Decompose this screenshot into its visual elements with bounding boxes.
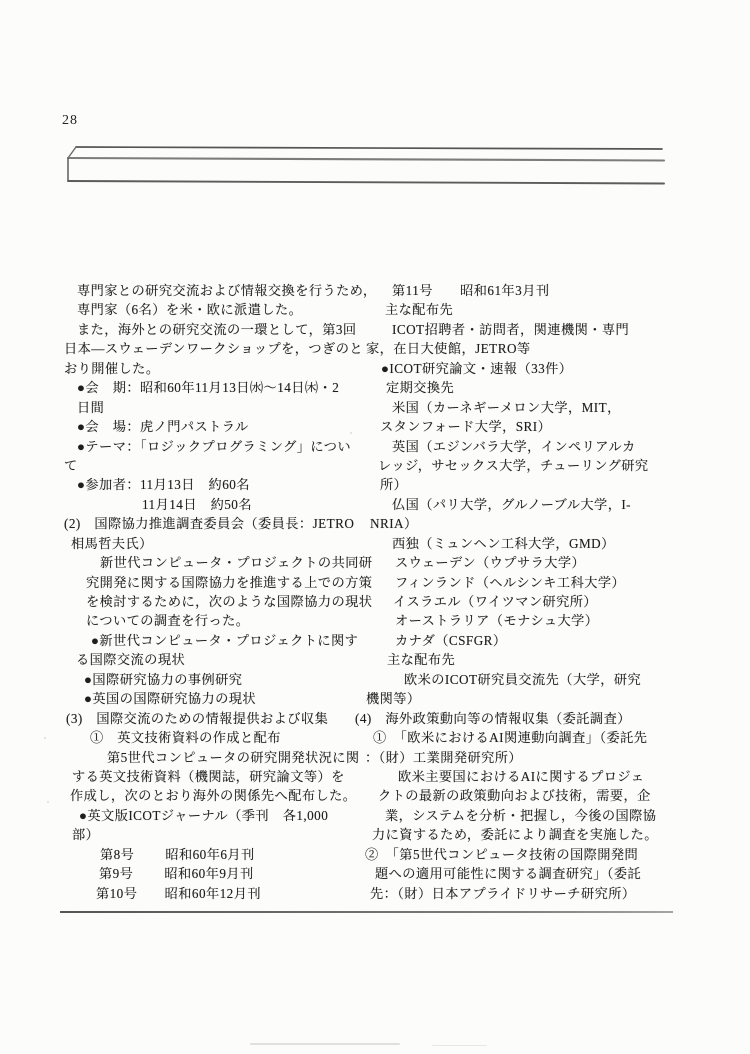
left-text-column: 専門家との研究交流および情報交換を行うため，専門家（6名）を米・欧に派遣した。ま… — [64, 281, 376, 903]
text-line: 定期交換先 — [355, 378, 700, 397]
text-line: 第8号 昭和60年6月刊 — [64, 845, 376, 864]
text-line: クトの最新の政策動向および技術，需要，企 — [355, 786, 700, 805]
text-line: ① 「欧米におけるAI関連動向調査」（委託先 — [355, 728, 700, 747]
text-line: 作成し，次のとおり海外の関係先へ配布した。 — [64, 786, 376, 805]
right-text-column: 第11号 昭和61年3月刊主な配布先ICOT招聘者・訪問者，関連機関・専門家，在… — [355, 281, 700, 903]
text-line: て — [64, 456, 376, 475]
text-line: (4) 海外政策動向等の情報収集（委託調査） — [355, 709, 700, 728]
text-line: ① 英文技術資料の作成と配布 — [64, 728, 376, 747]
text-line: 第9号 昭和60年9月刊 — [64, 864, 376, 883]
text-line: 西独（ミュンヘン工科大学，GMD） — [355, 534, 700, 553]
text-line: 専門家（6名）を米・欧に派遣した。 — [64, 300, 376, 319]
scan-noise — [47, 801, 49, 803]
scan-noise — [350, 432, 352, 434]
text-line: 究開発に関する国際協力を推進する上での方策 — [64, 573, 376, 592]
3d-bar-rule-graphic — [56, 140, 681, 192]
text-line: 米国（カーネギーメロン大学，MIT， — [355, 398, 700, 417]
text-line: 先：（財）日本アプライドリサーチ研究所） — [355, 884, 700, 903]
text-line: ●参加者：11月13日 約60名 — [64, 475, 376, 494]
text-line: ICOT招聘者・訪問者，関連機関・専門 — [355, 320, 700, 339]
text-line: を検討するために，次のような国際協力の現状 — [64, 592, 376, 611]
text-line: 相馬哲夫氏） — [64, 534, 376, 553]
text-line: 第11号 昭和61年3月刊 — [355, 281, 700, 300]
text-line: ② 「第5世代コンピュータ技術の国際開発問 — [355, 845, 700, 864]
text-line: 新世代コンピュータ・プロジェクトの共同研 — [64, 553, 376, 572]
text-line: る国際交流の現状 — [64, 650, 376, 669]
scan-noise — [250, 1043, 400, 1045]
text-line: おり開催した。 — [64, 359, 376, 378]
text-line: ●テーマ：「ロジックプログラミング」につい — [64, 437, 376, 456]
scanned-document-page: 28 専門家との研究交流および情報交換を行うため，専門家（6名）を米・欧に派遣し… — [0, 0, 750, 1054]
text-line: NRIA） — [355, 514, 700, 533]
page-number: 28 — [62, 113, 78, 129]
text-line: 仏国（パリ大学，グルノーブル大学，I- — [355, 495, 700, 514]
text-line: スウェーデン（ウプサラ大学） — [355, 553, 700, 572]
text-line: 第5世代コンピュータの研究開発状況に関 — [64, 748, 376, 767]
text-line: する英文技術資料（機関誌，研究論文等）を — [64, 767, 376, 786]
text-line: 英国（エジンバラ大学，インペリアルカ — [355, 437, 700, 456]
text-line: また，海外との研究交流の一環として，第3回 — [64, 320, 376, 339]
scan-noise — [44, 737, 46, 739]
text-line: 部） — [64, 825, 376, 844]
text-line: 題への適用可能性に関する調査研究」（委託 — [355, 864, 700, 883]
text-line: 11月14日 約50名 — [64, 495, 376, 514]
text-line: 欧米主要国におけるAIに関するプロジェ — [355, 767, 700, 786]
text-line: 主な配布先 — [355, 300, 700, 319]
text-line: ●ICOT研究論文・速報（33件） — [355, 359, 700, 378]
text-line: 家，在日大使館，JETRO等 — [355, 339, 700, 358]
text-line: 業，システムを分析・把握し，今後の国際協 — [355, 806, 700, 825]
text-line: 欧米のICOT研究員交流先（大学，研究 — [355, 670, 700, 689]
text-line: カナダ（CSFGR） — [355, 631, 700, 650]
text-line: ●新世代コンピュータ・プロジェクトに関す — [64, 631, 376, 650]
text-line: 所） — [355, 475, 700, 494]
footer-rule — [60, 911, 673, 913]
text-line: ●会 期：昭和60年11月13日㈬〜14日㈭・2 — [64, 378, 376, 397]
text-line: レッジ，サセックス大学，チューリング研究 — [355, 456, 700, 475]
text-line: 専門家との研究交流および情報交換を行うため， — [64, 281, 376, 300]
text-line: ●国際研究協力の事例研究 — [64, 670, 376, 689]
text-line: ●会 場：虎ノ門パストラル — [64, 417, 376, 436]
text-line: 力に資するため，委託により調査を実施した。 — [355, 825, 700, 844]
text-line: オーストラリア（モナシュ大学） — [355, 611, 700, 630]
text-line: 機関等） — [355, 689, 700, 708]
scan-noise — [432, 1045, 487, 1046]
text-line: 主な配布先 — [355, 650, 700, 669]
text-line: フィンランド（ヘルシンキ工科大学） — [355, 573, 700, 592]
text-line: ●英文版ICOTジャーナル（季刊 各1,000 — [64, 806, 376, 825]
text-line: 日間 — [64, 398, 376, 417]
text-line: 日本—スウェーデンワークショップを，つぎのと — [64, 339, 376, 358]
text-line: イスラエル（ワイツマン研究所） — [355, 592, 700, 611]
text-line: (2) 国際協力推進調査委員会（委員長：JETRO — [64, 514, 376, 533]
text-line: 第10号 昭和60年12月刊 — [64, 884, 376, 903]
text-line: スタンフォード大学，SRI） — [355, 417, 700, 436]
text-line: についての調査を行った。 — [64, 611, 376, 630]
text-line: ●英国の国際研究協力の現状 — [64, 689, 376, 708]
text-line: ：（財）工業開発研究所） — [355, 748, 700, 767]
text-line: (3) 国際交流のための情報提供および収集 — [64, 709, 376, 728]
